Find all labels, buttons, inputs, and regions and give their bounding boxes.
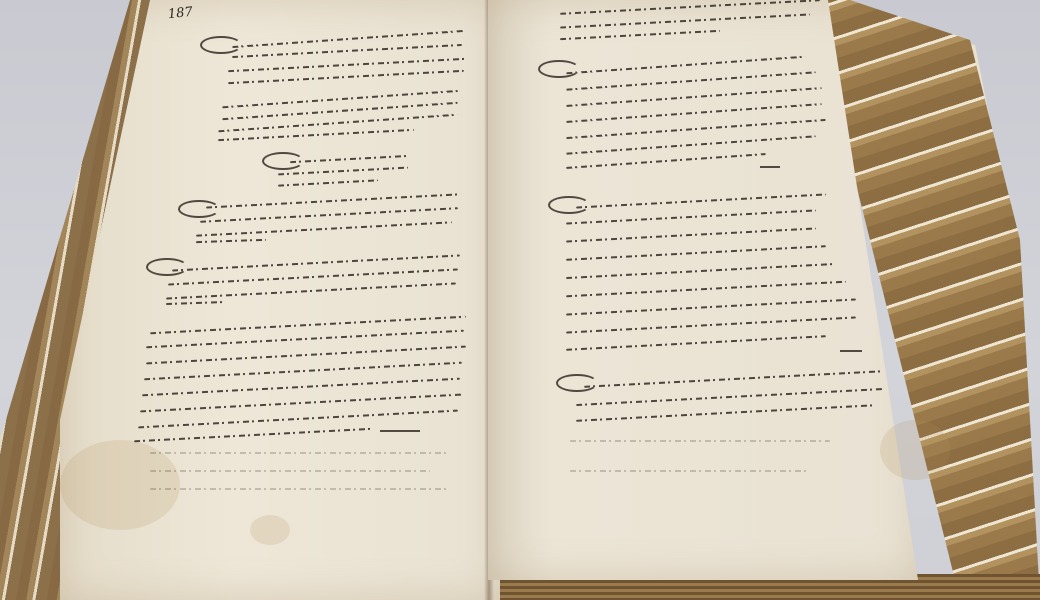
paper-stain bbox=[880, 420, 950, 480]
initial-flourish bbox=[548, 196, 590, 214]
bleed-through-line bbox=[150, 470, 430, 472]
bleed-through-line bbox=[150, 452, 450, 454]
paragraph-end-mark bbox=[760, 166, 780, 168]
paper-stain bbox=[250, 515, 290, 545]
paragraph-end-mark bbox=[840, 350, 862, 352]
page-number: 187 bbox=[167, 5, 193, 23]
initial-flourish bbox=[556, 374, 598, 392]
paragraph-end-mark bbox=[380, 430, 420, 432]
bleed-through-line bbox=[570, 440, 830, 442]
bleed-through-line bbox=[150, 488, 450, 490]
initial-flourish bbox=[178, 200, 220, 218]
manuscript-photo: 187 bbox=[0, 0, 1040, 600]
bleed-through-line bbox=[570, 470, 810, 472]
initial-flourish bbox=[538, 60, 580, 78]
initial-flourish bbox=[146, 258, 188, 276]
